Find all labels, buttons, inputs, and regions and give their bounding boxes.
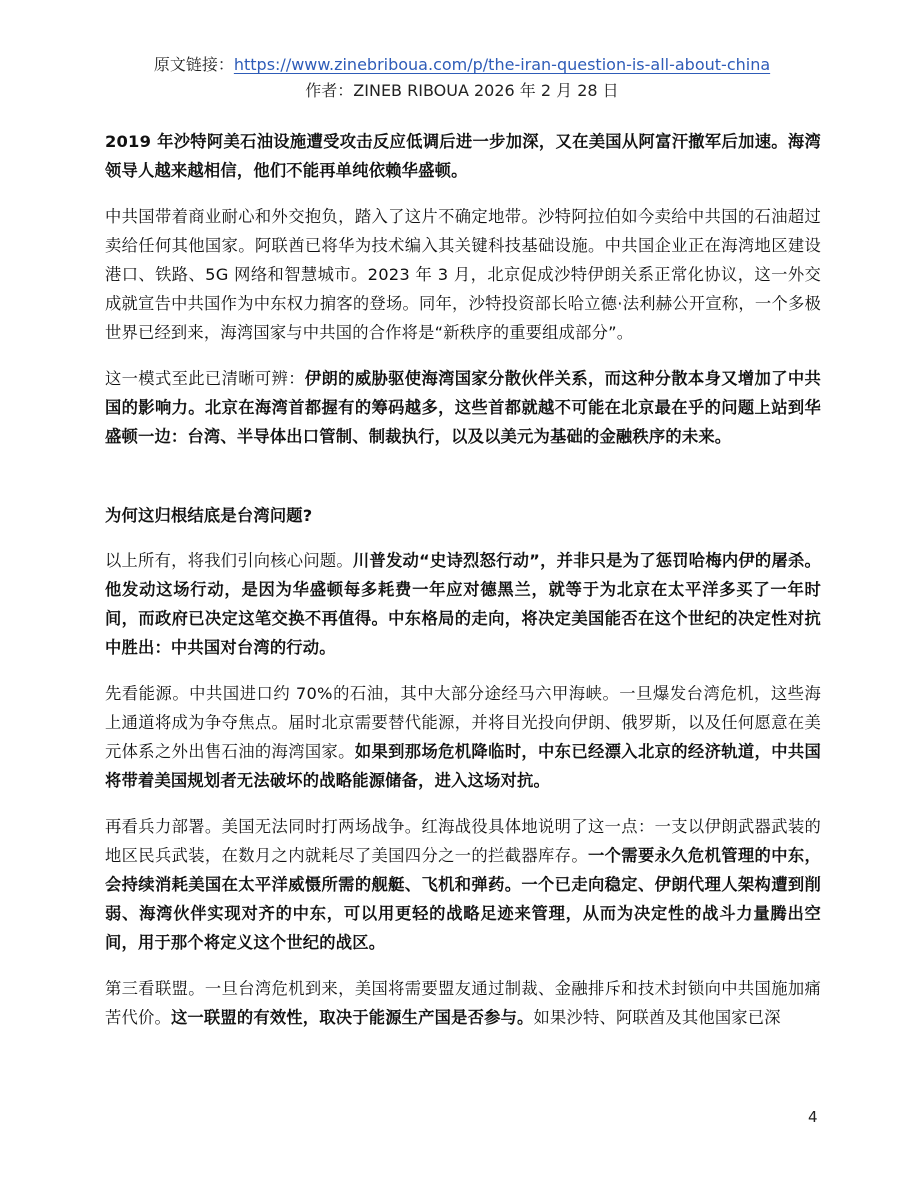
paragraph: 第三看联盟。一旦台湾危机到来，美国将需要盟友通过制裁、金融排斥和技术封锁向中共国…	[105, 974, 821, 1032]
document-body: 2019 年沙特阿美石油设施遭受攻击反应低调后进一步加深，又在美国从阿富汗撤军后…	[105, 127, 821, 1049]
paragraph: 先看能源。中共国进口约 70%的石油，其中大部分途经马六甲海峡。一旦爆发台湾危机…	[105, 679, 821, 795]
section-heading: 为何这归根结底是台湾问题?	[105, 501, 821, 530]
paragraph: 再看兵力部署。美国无法同时打两场战争。红海战役具体地说明了这一点：一支以伊朗武器…	[105, 812, 821, 957]
source-link-line: 原文链接：https://www.zinebriboua.com/p/the-i…	[0, 52, 924, 78]
paragraph: 这一模式至此已清晰可辨：伊朗的威胁驱使海湾国家分散伙伴关系，而这种分散本身又增加…	[105, 364, 821, 451]
paragraph: 以上所有，将我们引向核心问题。川普发动“史诗烈怒行动”，并非只是为了惩罚哈梅内伊…	[105, 546, 821, 662]
body-text: 这一模式至此已清晰可辨：	[105, 369, 305, 388]
body-text: 如果沙特、阿联酋及其他国家已深	[534, 1008, 781, 1027]
paragraph: 中共国带着商业耐心和外交抱负，踏入了这片不确定地带。沙特阿拉伯如今卖给中共国的石…	[105, 202, 821, 347]
paragraph: 2019 年沙特阿美石油设施遭受攻击反应低调后进一步加深，又在美国从阿富汗撤军后…	[105, 127, 821, 185]
source-link[interactable]: https://www.zinebriboua.com/p/the-iran-q…	[234, 55, 770, 74]
body-text: 中共国带着商业耐心和外交抱负，踏入了这片不确定地带。沙特阿拉伯如今卖给中共国的石…	[105, 207, 821, 342]
author-line: 作者：ZINEB RIBOUA 2026 年 2 月 28 日	[0, 78, 924, 104]
document-header: 原文链接：https://www.zinebriboua.com/p/the-i…	[0, 52, 924, 104]
body-text: 以上所有，将我们引向核心问题。	[105, 551, 353, 570]
document-page: 原文链接：https://www.zinebriboua.com/p/the-i…	[0, 0, 924, 1200]
page-number: 4	[808, 1108, 818, 1126]
bold-text: 这一联盟的有效性，取决于能源生产国是否参与。	[171, 1008, 534, 1027]
source-link-label: 原文链接：	[154, 55, 234, 74]
bold-text: 2019 年沙特阿美石油设施遭受攻击反应低调后进一步加深，又在美国从阿富汗撤军后…	[105, 132, 821, 180]
